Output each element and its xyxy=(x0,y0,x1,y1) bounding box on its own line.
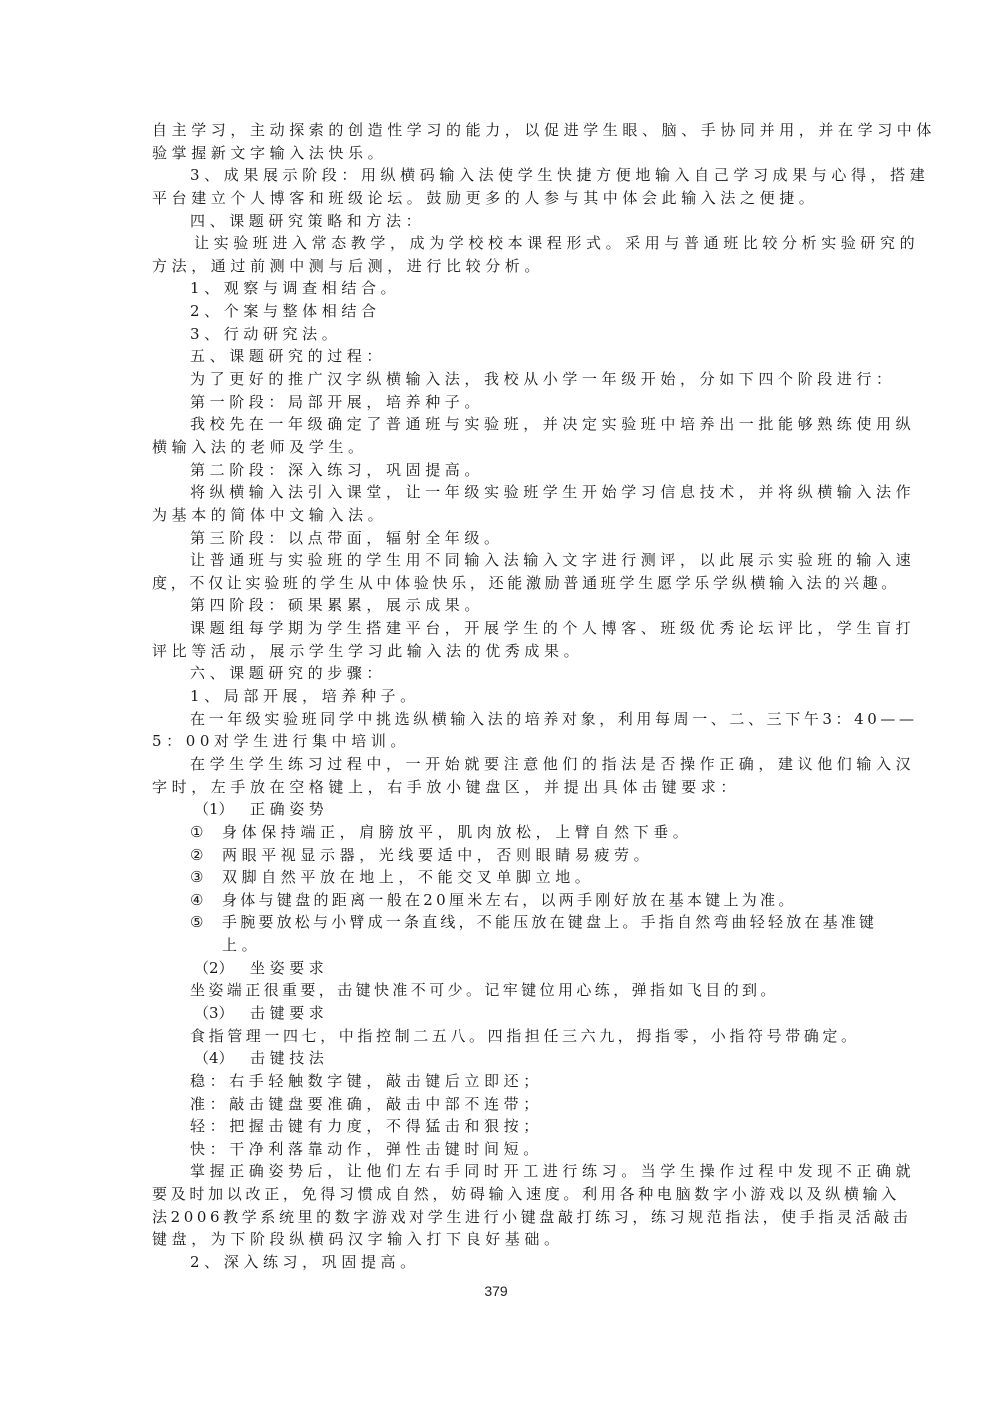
paragraph-line: 自主学习，主动探索的创造性学习的能力，以促进学生眼、脑、手协同并用，并在学习中体 xyxy=(152,119,844,142)
paragraph-line: 坐姿端正很重要，击键快准不可少。记牢键位用心练，弹指如飞目的到。 xyxy=(152,979,844,1002)
subsection-title: 坐姿要求 xyxy=(250,959,328,977)
paragraph-line: 要及时加以改正，免得习惯成自然，妨碍输入速度。利用各种电脑数字小游戏以及纵横输入 xyxy=(152,1183,844,1206)
page-number: 379 xyxy=(0,1283,992,1299)
subsection-posture: （1）正确姿势 xyxy=(152,798,844,821)
paragraph-line: 评比等活动，展示学生学习此输入法的优秀成果。 xyxy=(152,640,844,663)
paragraph-line: 验掌握新文字输入法快乐。 xyxy=(152,142,844,165)
subsection-label: （2） xyxy=(194,957,250,980)
circled-number: ④ xyxy=(190,889,222,912)
document-page: 自主学习，主动探索的创造性学习的能力，以促进学生眼、脑、手协同并用，并在学习中体… xyxy=(152,119,844,1274)
paragraph-line: 横输入法的老师及学生。 xyxy=(152,436,844,459)
paragraph-line: 字时，左手放在空格键上，右手放小键盘区，并提出具体击键要求： xyxy=(152,776,844,799)
rule-line: 准：敲击键盘要准确，敲击中部不连带； xyxy=(152,1093,844,1116)
stage-heading: 第一阶段：局部开展，培养种子。 xyxy=(152,391,844,414)
list-item: 2、个案与整体相结合 xyxy=(152,300,844,323)
subsection-keystroke: （3）击键要求 xyxy=(152,1002,844,1025)
subsection-label: （3） xyxy=(194,1002,250,1025)
circled-number: ③ xyxy=(190,866,222,889)
paragraph-line: 为了更好的推广汉字纵横输入法，我校从小学一年级开始，分如下四个阶段进行： xyxy=(152,368,844,391)
rule-line: 快：干净利落靠动作，弹性击键时间短。 xyxy=(152,1138,844,1161)
list-item: ②两眼平视显示器，光线要适中，否则眼睛易疲劳。 xyxy=(152,844,844,867)
step-heading: 2、深入练习，巩固提高。 xyxy=(152,1251,844,1274)
section-heading: 四、课题研究策略和方法： xyxy=(152,210,844,233)
list-item: 3、行动研究法。 xyxy=(152,323,844,346)
subsection-title: 击键技法 xyxy=(250,1049,328,1067)
subsection-title: 正确姿势 xyxy=(250,800,328,818)
stage-heading: 第二阶段：深入练习，巩固提高。 xyxy=(152,459,844,482)
paragraph-line: 法2006教学系统里的数字游戏对学生进行小键盘敲打练习，练习规范指法，使手指灵活… xyxy=(152,1206,844,1229)
list-item: ③双脚自然平放在地上，不能交叉单脚立地。 xyxy=(152,866,844,889)
paragraph-line: 在学生学生练习过程中，一开始就要注意他们的指法是否操作正确，建议他们输入汉 xyxy=(152,753,844,776)
list-item: ①身体保持端正，肩膀放平，肌肉放松，上臂自然下垂。 xyxy=(152,821,844,844)
circled-number: ⑤ xyxy=(190,911,222,934)
paragraph-line: 方法，通过前测中测与后测，进行比较分析。 xyxy=(152,255,844,278)
rule-line: 稳：右手轻触数字键，敲击键后立即还； xyxy=(152,1070,844,1093)
paragraph-line: 3、成果展示阶段：用纵横码输入法使学生快捷方便地输入自己学习成果与心得，搭建 xyxy=(152,164,844,187)
paragraph-line: 让实验班进入常态教学，成为学校校本课程形式。采用与普通班比较分析实验研究的 xyxy=(152,232,844,255)
stage-heading: 第三阶段：以点带面，辐射全年级。 xyxy=(152,527,844,550)
paragraph-line: 掌握正确姿势后，让他们左右手同时开工进行练习。当学生操作过程中发现不正确就 xyxy=(152,1160,844,1183)
section-heading: 五、课题研究的过程： xyxy=(152,345,844,368)
list-item: 1、观察与调查相结合。 xyxy=(152,277,844,300)
paragraph-line: 课题组每学期为学生搭建平台，开展学生的个人博客、班级优秀论坛评比，学生盲打 xyxy=(152,617,844,640)
circled-number: ② xyxy=(190,844,222,867)
subsection-title: 击键要求 xyxy=(250,1004,328,1022)
paragraph-line: 为基本的简体中文输入法。 xyxy=(152,504,844,527)
stage-heading: 第四阶段：硕果累累，展示成果。 xyxy=(152,594,844,617)
subsection-label: （4） xyxy=(194,1047,250,1070)
step-heading: 1、局部开展，培养种子。 xyxy=(152,685,844,708)
paragraph-line: 食指管理一四七，中指控制二五八。四指担任三六九，拇指零，小指符号带确定。 xyxy=(152,1025,844,1048)
subsection-sitting: （2）坐姿要求 xyxy=(152,957,844,980)
paragraph-line: 将纵横输入法引入课堂，让一年级实验班学生开始学习信息技术，并将纵横输入法作 xyxy=(152,481,844,504)
subsection-technique: （4）击键技法 xyxy=(152,1047,844,1070)
paragraph-line: 键盘，为下阶段纵横码汉字输入打下良好基础。 xyxy=(152,1228,844,1251)
paragraph-line: 度，不仅让实验班的学生从中体验快乐，还能激励普通班学生愿学乐学纵横输入法的兴趣。 xyxy=(152,572,844,595)
paragraph-line: 5：00对学生进行集中培训。 xyxy=(152,730,844,753)
paragraph-line: 平台建立个人博客和班级论坛。鼓励更多的人参与其中体会此输入法之便捷。 xyxy=(152,187,844,210)
paragraph-line: 在一年级实验班同学中挑选纵横输入法的培养对象，利用每周一、二、三下午3：40—— xyxy=(152,708,844,731)
paragraph-line: 我校先在一年级确定了普通班与实验班，并决定实验班中培养出一批能够熟练使用纵 xyxy=(152,413,844,436)
circled-number: ① xyxy=(190,821,222,844)
rule-line: 轻：把握击键有力度，不得猛击和狠按； xyxy=(152,1115,844,1138)
paragraph-line: 让普通班与实验班的学生用不同输入法输入文字进行测评，以此展示实验班的输入速 xyxy=(152,549,844,572)
list-item: ④身体与键盘的距离一般在20厘米左右，以两手刚好放在基本键上为准。 xyxy=(152,889,844,912)
subsection-label: （1） xyxy=(194,798,250,821)
list-item: ⑤手腕要放松与小臂成一条直线，不能压放在键盘上。手指自然弯曲轻轻放在基准键 xyxy=(152,911,844,934)
section-heading: 六、课题研究的步骤： xyxy=(152,662,844,685)
list-item-continuation: 上。 xyxy=(152,934,844,957)
